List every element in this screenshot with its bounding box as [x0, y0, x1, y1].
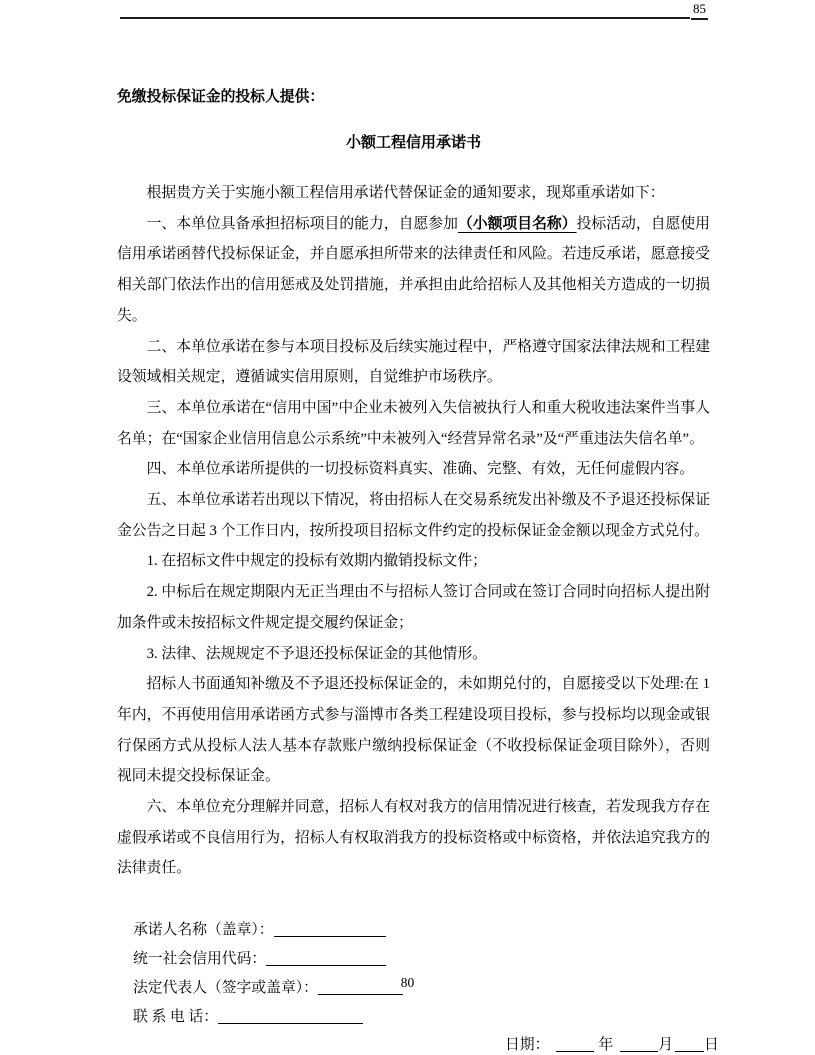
paragraph-subitem-1: 1. 在招标文件中规定的投标有效期内撤销投标文件； — [117, 546, 710, 577]
paragraph-subitem-3: 3. 法律、法规规定不予退还投标保证金的其他情形。 — [117, 639, 710, 670]
paragraph-item-6: 六、本单位充分理解并同意，招标人有权对我方的信用情况进行核查，若发现我方存在虚假… — [117, 792, 710, 884]
signature-row-credit-code: 统一社会信用代码： — [133, 945, 710, 974]
promisor-name-blank — [274, 922, 386, 937]
date-line: 日期：年月日 — [505, 1035, 710, 1055]
date-month-blank — [620, 1037, 658, 1052]
phone-blank — [218, 1009, 363, 1024]
paragraph-preamble: 根据贵方关于实施小额工程信用承诺代替保证金的通知要求，现郑重承诺如下： — [117, 178, 710, 209]
intro-label: 免缴投标保证金的投标人提供： — [117, 88, 710, 106]
date-day-blank — [675, 1037, 704, 1052]
credit-code-label: 统一社会信用代码： — [133, 951, 266, 967]
body-paragraphs: 根据贵方关于实施小额工程信用承诺代替保证金的通知要求，现郑重承诺如下： 一、本单… — [117, 178, 710, 884]
paragraph-item-5: 五、本单位承诺若出现以下情况，将由招标人在交易系统发出补缴及不予退还投标保证金公… — [117, 485, 710, 546]
document-page: 85 免缴投标保证金的投标人提供： 小额工程信用承诺书 根据贵方关于实施小额工程… — [0, 0, 815, 1055]
date-day-label: 日 — [704, 1037, 719, 1053]
date-month-label: 月 — [658, 1037, 673, 1053]
signature-block: 承诺人名称（盖章）： 统一社会信用代码： 法定代表人（签字或盖章）： 联 系 电… — [117, 916, 710, 1031]
signature-row-phone: 联 系 电 话： — [133, 1003, 710, 1032]
phone-label: 联 系 电 话： — [133, 1009, 218, 1025]
paragraph-item-1-pre: 一、本单位具备承担招标项目的能力，自愿参加 — [147, 216, 458, 232]
paragraph-penalty: 招标人书面通知补缴及不予退还投标保证金的，未如期兑付的，自愿接受以下处理:在 1… — [117, 669, 710, 792]
paragraph-item-2: 二、本单位承诺在参与本项目投标及后续实施过程中，严格遵守国家法律法规和工程建设领… — [117, 332, 710, 393]
footer-page-number: 80 — [0, 975, 815, 991]
document-content: 免缴投标保证金的投标人提供： 小额工程信用承诺书 根据贵方关于实施小额工程信用承… — [117, 0, 710, 1055]
date-year-label: 年 — [598, 1037, 613, 1053]
document-title: 小额工程信用承诺书 — [117, 134, 710, 152]
date-label: 日期： — [505, 1037, 549, 1053]
paragraph-subitem-2: 2. 中标后在规定期限内无正当理由不与招标人签订合同或在签订合同时向招标人提出附… — [117, 577, 710, 638]
paragraph-item-4: 四、本单位承诺所提供的一切投标资料真实、准确、完整、有效，无任何虚假内容。 — [117, 454, 710, 485]
paragraph-item-3: 三、本单位承诺在“信用中国”中企业未被列入失信被执行人和重大税收违法案件当事人名… — [117, 393, 710, 454]
project-name-underlined-blank: （小额项目名称） — [458, 216, 577, 232]
paragraph-item-1: 一、本单位具备承担招标项目的能力，自愿参加（小额项目名称）投标活动，自愿使用信用… — [117, 209, 710, 332]
promisor-name-label: 承诺人名称（盖章）： — [133, 922, 274, 938]
signature-row-promisor: 承诺人名称（盖章）： — [133, 916, 710, 945]
credit-code-blank — [266, 951, 386, 966]
date-year-blank — [556, 1037, 594, 1052]
